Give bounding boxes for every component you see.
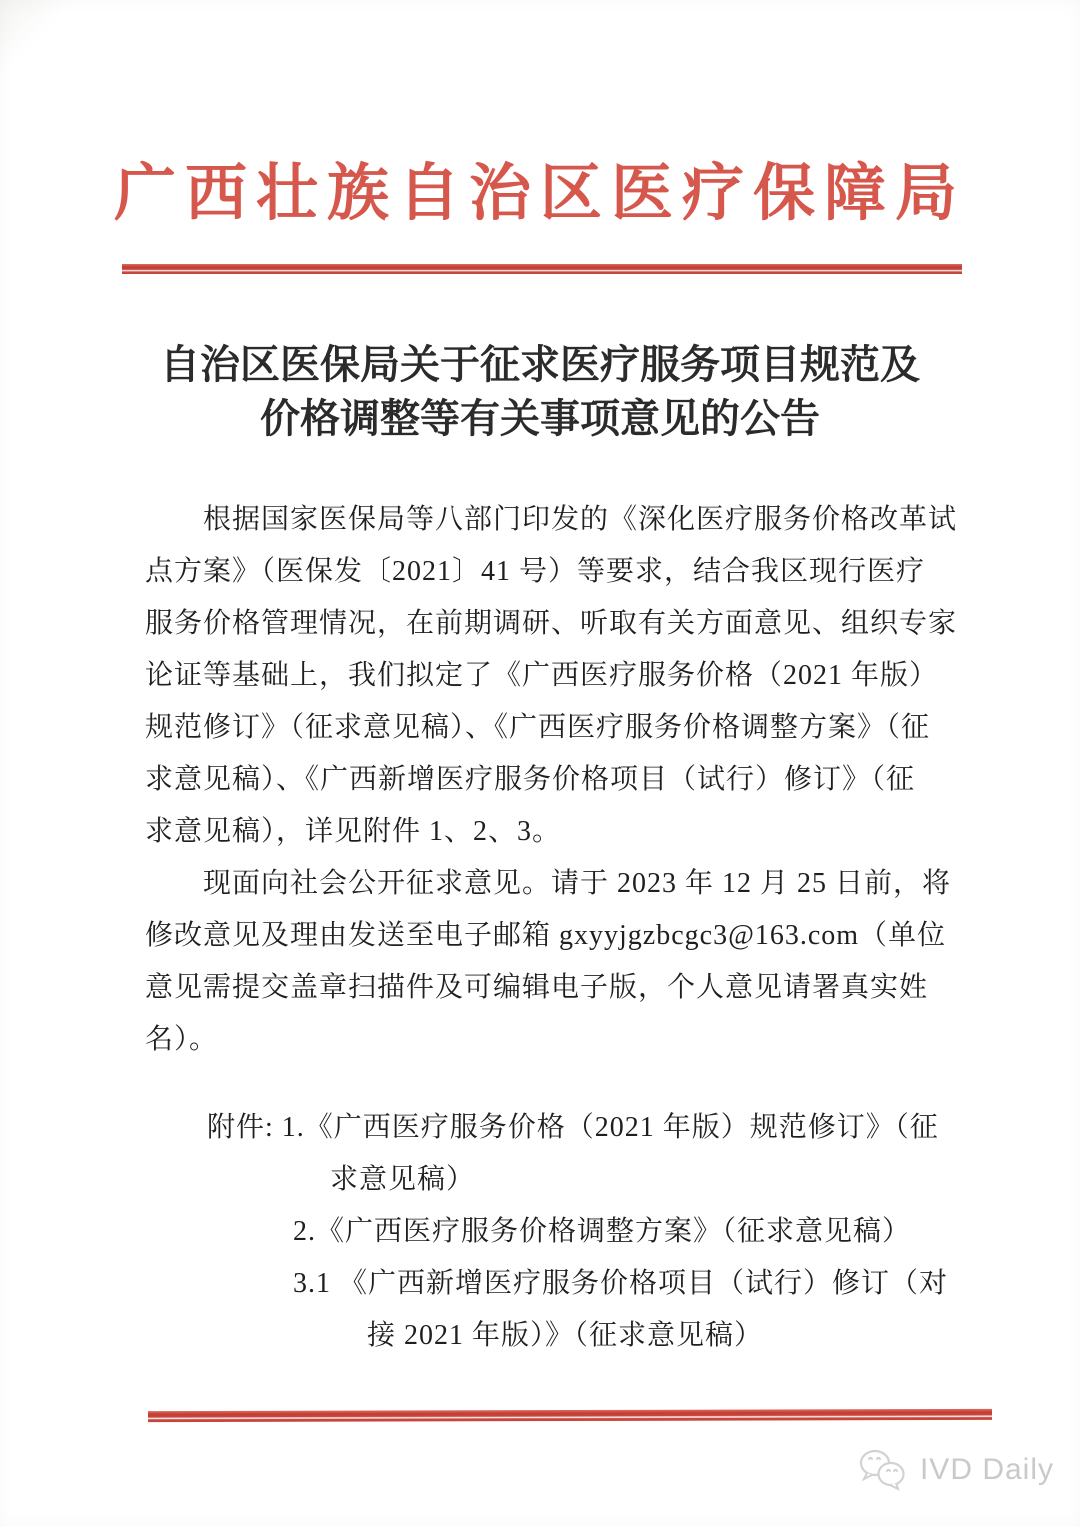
document-title-line-2: 价格调整等有关事项意见的公告 xyxy=(0,392,1080,446)
document-body: 根据国家医保局等八部门印发的《深化医疗服务价格改革试 点方案》（医保发〔2021… xyxy=(145,494,970,1362)
header-divider-rule xyxy=(122,264,962,274)
attachment-line: 2.《广西医疗服务价格调整方案》（征求意见稿） xyxy=(145,1206,970,1258)
body-line: 规范修订》（征求意见稿）、《广西医疗服务价格调整方案》（征 xyxy=(145,702,970,754)
watermark: IVD Daily xyxy=(858,1448,1054,1492)
document-title: 自治区医保局关于征求医疗服务项目规范及 价格调整等有关事项意见的公告 xyxy=(0,338,1080,446)
body-line: 意见需提交盖章扫描件及可编辑电子版，个人意见请署真实姓 xyxy=(145,962,970,1014)
body-line-with-email: 修改意见及理由发送至电子邮箱 gxyyjgzbcgc3@163.com（单位 xyxy=(145,910,970,962)
document-title-line-1: 自治区医保局关于征求医疗服务项目规范及 xyxy=(0,338,1080,392)
issuing-organization-title: 广西壮族自治区医疗保障局 xyxy=(0,152,1080,236)
attachment-line: 求意见稿） xyxy=(145,1154,970,1206)
footer-divider-rule xyxy=(148,1409,992,1422)
body-line: 名）。 xyxy=(145,1014,970,1066)
body-line: 求意见稿），详见附件 1、2、3。 xyxy=(145,806,970,858)
wechat-logo-icon xyxy=(858,1448,910,1492)
body-line: 论证等基础上，我们拟定了《广西医疗服务价格（2021 年版） xyxy=(145,650,970,702)
watermark-label: IVD Daily xyxy=(920,1453,1054,1487)
attachment-line: 3.1 《广西新增医疗服务价格项目（试行）修订（对 xyxy=(145,1258,970,1310)
attachments-list: 附件: 1.《广西医疗服务价格（2021 年版）规范修订》（征 求意见稿） 2.… xyxy=(145,1102,970,1362)
paragraph-1: 根据国家医保局等八部门印发的《深化医疗服务价格改革试 点方案》（医保发〔2021… xyxy=(145,494,970,858)
body-line: 根据国家医保局等八部门印发的《深化医疗服务价格改革试 xyxy=(145,494,970,546)
paragraph-2: 现面向社会公开征求意见。请于 2023 年 12 月 25 日前，将 修改意见及… xyxy=(145,858,970,1066)
body-line: 服务价格管理情况，在前期调研、听取有关方面意见、组织专家 xyxy=(145,598,970,650)
body-line: 现面向社会公开征求意见。请于 2023 年 12 月 25 日前，将 xyxy=(145,858,970,910)
body-line: 点方案》（医保发〔2021〕41 号）等要求，结合我区现行医疗 xyxy=(145,546,970,598)
attachment-line: 接 2021 年版）》（征求意见稿） xyxy=(145,1310,970,1362)
attachment-line: 附件: 1.《广西医疗服务价格（2021 年版）规范修订》（征 xyxy=(145,1102,970,1154)
body-line: 求意见稿）、《广西新增医疗服务价格项目（试行）修订》（征 xyxy=(145,754,970,806)
document-page: 广西壮族自治区医疗保障局 自治区医保局关于征求医疗服务项目规范及 价格调整等有关… xyxy=(0,0,1080,1526)
